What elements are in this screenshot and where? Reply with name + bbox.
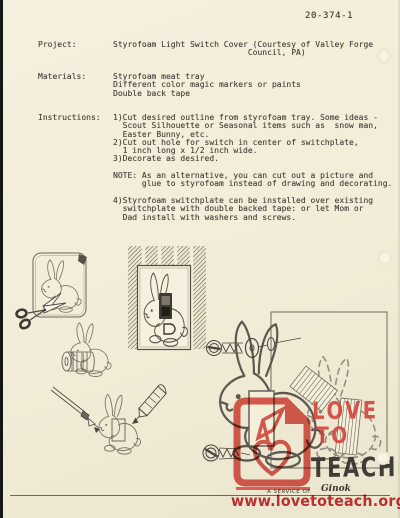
paintbrush-icon [51, 387, 100, 433]
decorating-illustration [51, 385, 166, 454]
marker-icon [132, 385, 166, 424]
craft-illustrations [0, 0, 400, 518]
switch-hole-cutout [249, 391, 274, 446]
tray-cutting-illustration [16, 253, 87, 330]
switchplate-on-wall-illustration [128, 246, 206, 350]
scissors-icon [16, 293, 66, 330]
hole-punch-bottom [376, 451, 390, 465]
hole-punch-middle [378, 251, 392, 265]
installation-illustration [203, 312, 387, 468]
hole-punch-top [377, 49, 391, 63]
scanned-document-page: 20-374-1 Project: Styrofoam Light Switch… [0, 0, 400, 518]
footer-rule-line [10, 495, 390, 497]
bunny-tape-illustration [62, 323, 111, 377]
switch-toggle-icon [159, 293, 172, 319]
